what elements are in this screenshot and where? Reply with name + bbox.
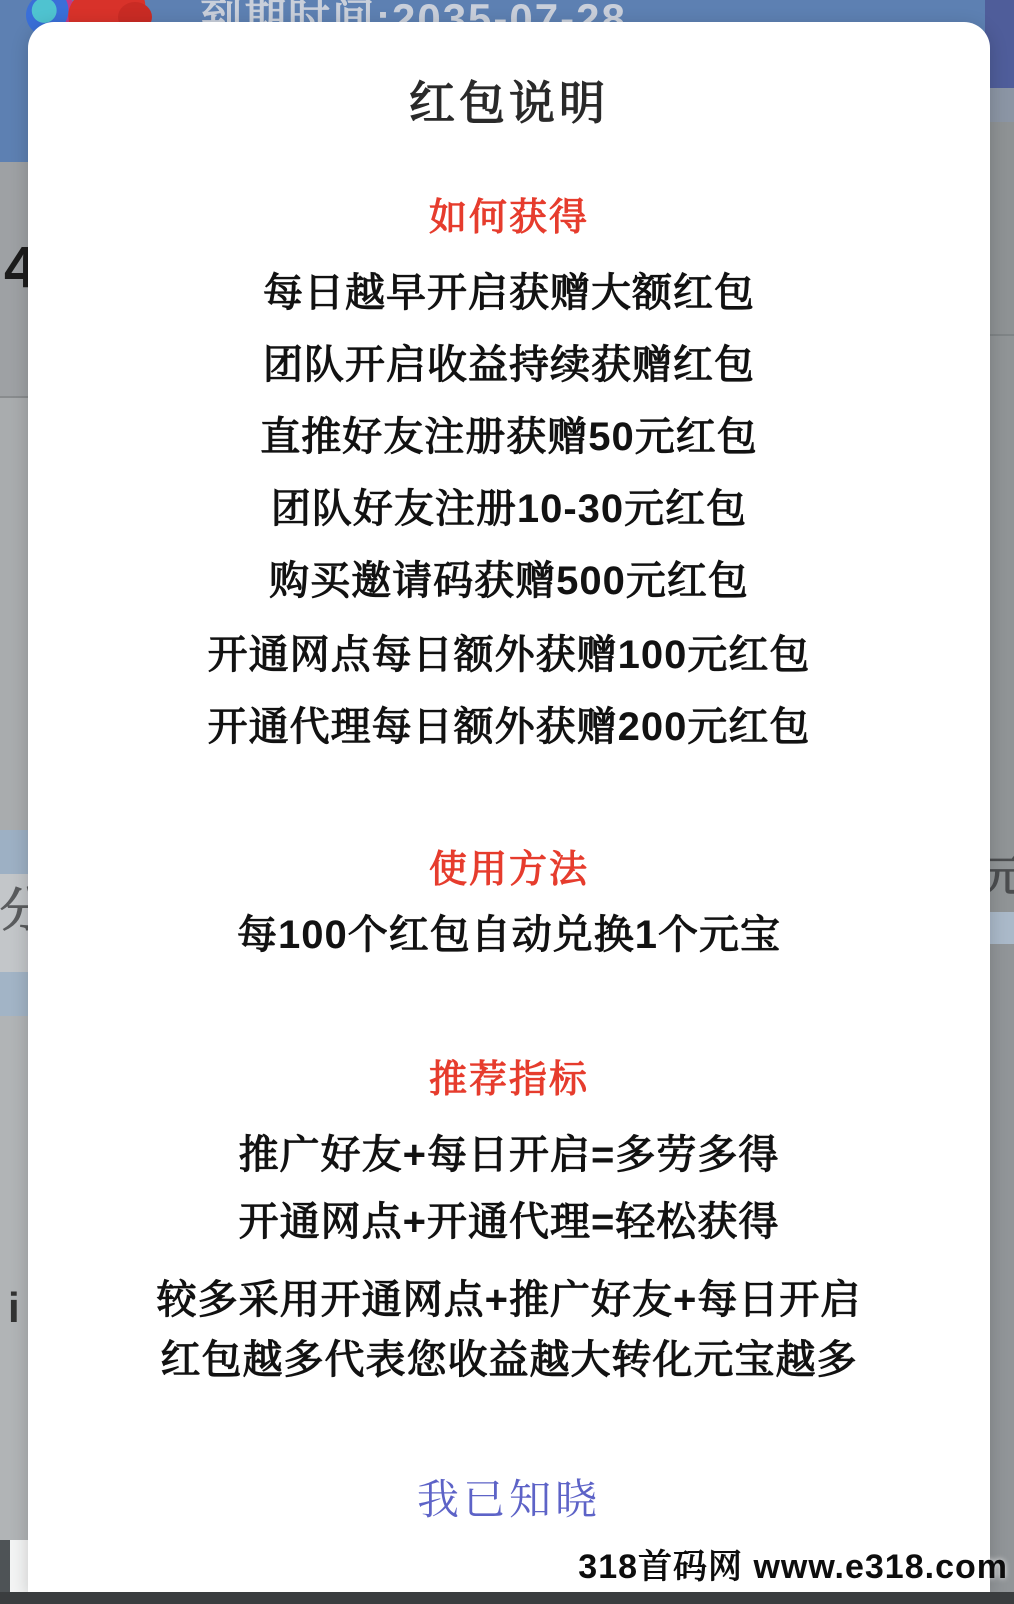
rule-line: 每日越早开启获赠大额红包	[28, 263, 990, 323]
section-heading-how-to-get: 如何获得	[28, 188, 990, 248]
section-heading-recommendation: 推荐指标	[28, 1050, 990, 1110]
rule-line: 直推好友注册获赠50元红包	[28, 407, 990, 467]
watermark-text: 318首码网 www.e318.com	[578, 1539, 1008, 1588]
background-fragment-i: i	[8, 1284, 20, 1332]
background-band	[986, 122, 1014, 334]
section-heading-usage: 使用方法	[28, 840, 990, 900]
backdrop-left-column: 4 分 i	[0, 0, 28, 1604]
background-fragment-yuan: 元	[986, 844, 1014, 904]
rule-line: 开通网点每日额外获赠100元红包	[28, 625, 990, 685]
modal-title: 红包说明	[28, 71, 990, 135]
background-band	[0, 972, 28, 1016]
bottom-bar	[0, 1592, 1014, 1604]
background-band	[986, 944, 1014, 1604]
background-fragment-fen: 分	[0, 874, 28, 940]
confirm-button[interactable]: 我已知晓	[28, 1470, 990, 1530]
rule-line: 红包越多代表您收益越大转化元宝越多	[28, 1330, 990, 1390]
background-band	[986, 912, 1014, 944]
background-band	[986, 88, 1014, 122]
background-band	[986, 336, 1014, 912]
red-packet-info-modal: 红包说明 如何获得 每日越早开启获赠大额红包 团队开启收益持续获赠红包 直推好友…	[28, 22, 990, 1592]
rule-line: 团队好友注册10-30元红包	[28, 479, 990, 539]
rule-line: 购买邀请码获赠500元红包	[28, 551, 990, 611]
rule-line: 推广好友+每日开启=多劳多得	[28, 1125, 990, 1185]
background-band	[0, 1016, 28, 1540]
rule-line: 开通代理每日额外获赠200元红包	[28, 697, 990, 757]
rule-line: 团队开启收益持续获赠红包	[28, 335, 990, 395]
background-fragment-number: 4	[4, 234, 28, 301]
rule-line: 开通网点+开通代理=轻松获得	[28, 1192, 990, 1252]
background-band	[0, 398, 28, 830]
rule-line: 较多采用开通网点+推广好友+每日开启	[28, 1270, 990, 1330]
background-band	[0, 830, 28, 874]
rule-line: 每100个红包自动兑换1个元宝	[28, 905, 990, 965]
backdrop-right-column: 元	[986, 0, 1014, 1604]
